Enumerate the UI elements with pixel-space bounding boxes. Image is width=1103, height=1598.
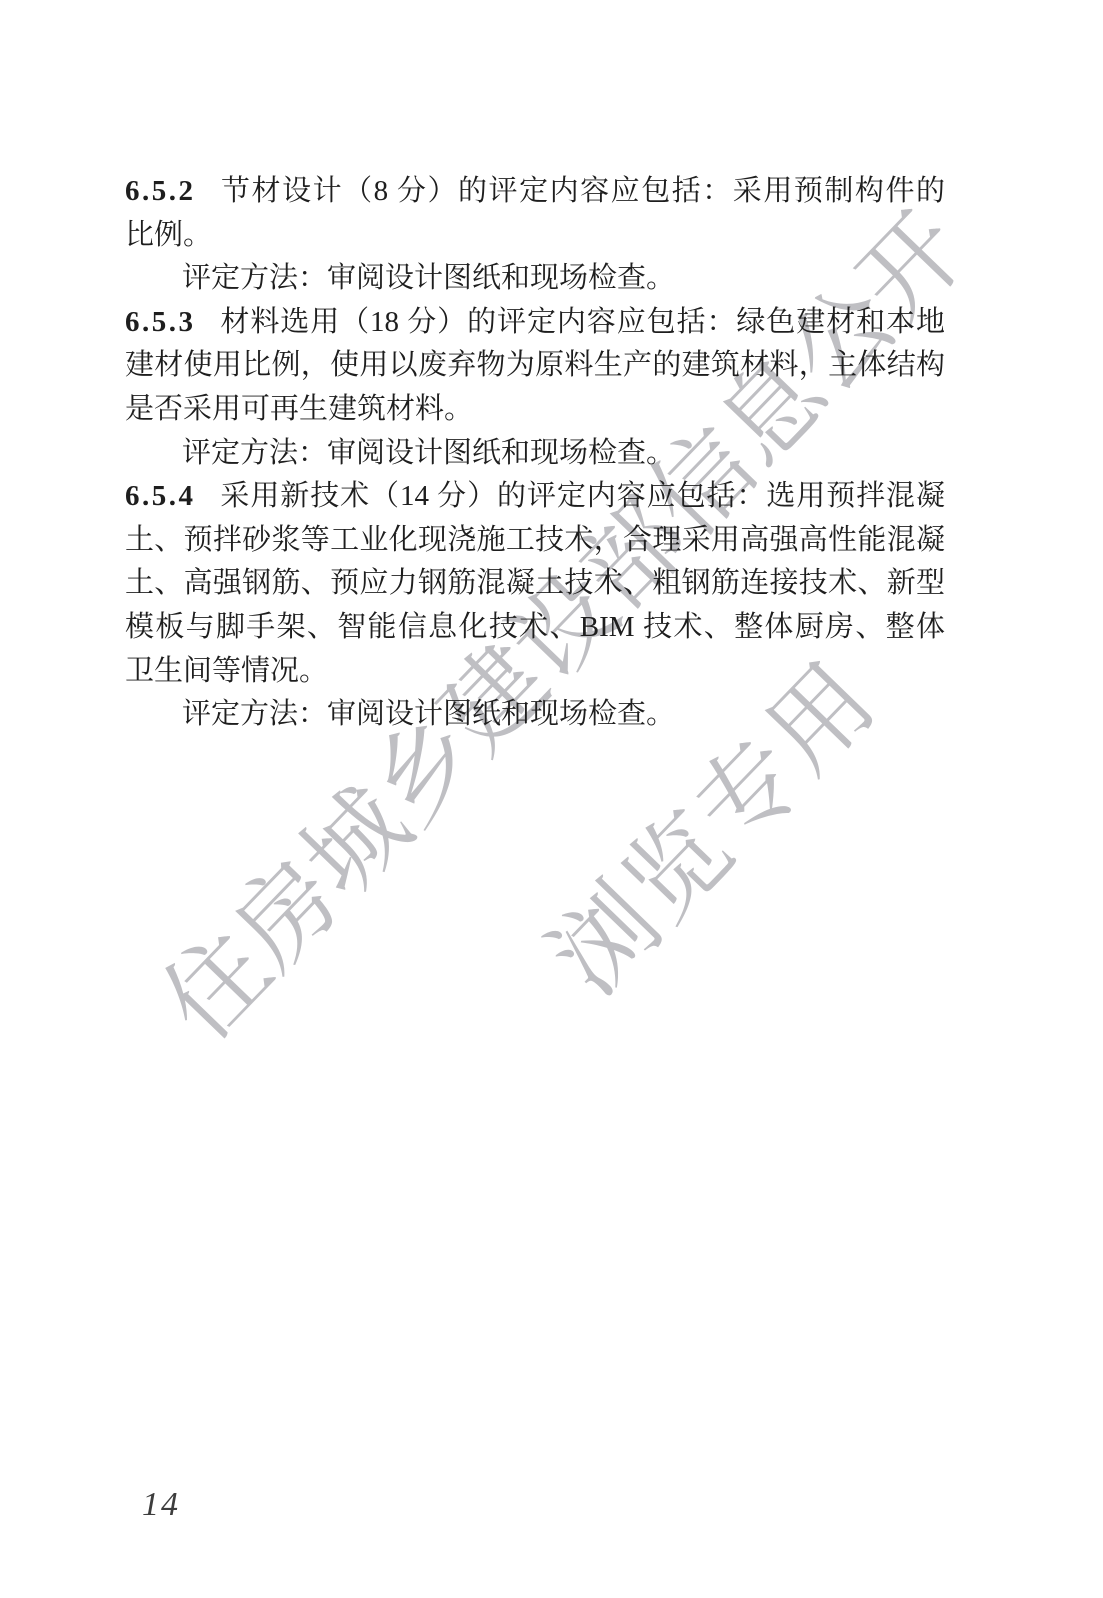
text-line-6-5-3-3: 是否采用可再生建筑材料。 (125, 388, 945, 432)
document-page: { "doc": { "lines": [ { "prefix": "6.5.2… (0, 0, 1103, 1598)
body-text: 6.5.2节材设计（8 分）的评定内容应包括：采用预制构件的 比例。 评定方法：… (125, 170, 945, 737)
section-number-6-5-3: 6.5.3 (125, 306, 196, 338)
text-line-6-5-3-2: 建材使用比例，使用以废弃物为原料生产的建筑材料，主体结构 (125, 344, 945, 388)
text-line-6-5-4-1: 6.5.4采用新技术（14 分）的评定内容应包括：选用预拌混凝 (125, 475, 945, 519)
section-number-6-5-2: 6.5.2 (125, 175, 196, 207)
text-run: 节材设计（8 分）的评定内容应包括：采用预制构件的 (220, 175, 946, 207)
text-line-method-2: 评定方法：审阅设计图纸和现场检查。 (125, 432, 945, 476)
section-number-6-5-4: 6.5.4 (125, 480, 196, 512)
text-run: 采用新技术（14 分）的评定内容应包括：选用预拌混凝 (220, 480, 946, 512)
page-number: 14 (142, 1486, 180, 1524)
text-line-method-3: 评定方法：审阅设计图纸和现场检查。 (125, 693, 945, 737)
text-line-6-5-4-2: 土、预拌砂浆等工业化现浇施工技术，合理采用高强高性能混凝 (125, 519, 945, 563)
text-line-method-1: 评定方法：审阅设计图纸和现场检查。 (125, 257, 945, 301)
text-run: 材料选用（18 分）的评定内容应包括：绿色建材和本地 (220, 306, 946, 338)
text-line-6-5-4-3: 土、高强钢筋、预应力钢筋混凝土技术、粗钢筋连接技术、新型 (125, 562, 945, 606)
text-line-6-5-2-1: 6.5.2节材设计（8 分）的评定内容应包括：采用预制构件的 (125, 170, 945, 214)
text-line-6-5-3-1: 6.5.3材料选用（18 分）的评定内容应包括：绿色建材和本地 (125, 301, 945, 345)
text-line-6-5-4-4: 模板与脚手架、智能信息化技术、BIM 技术、整体厨房、整体 (125, 606, 945, 650)
text-line-6-5-4-5: 卫生间等情况。 (125, 650, 945, 694)
text-line-6-5-2-2: 比例。 (125, 214, 945, 258)
